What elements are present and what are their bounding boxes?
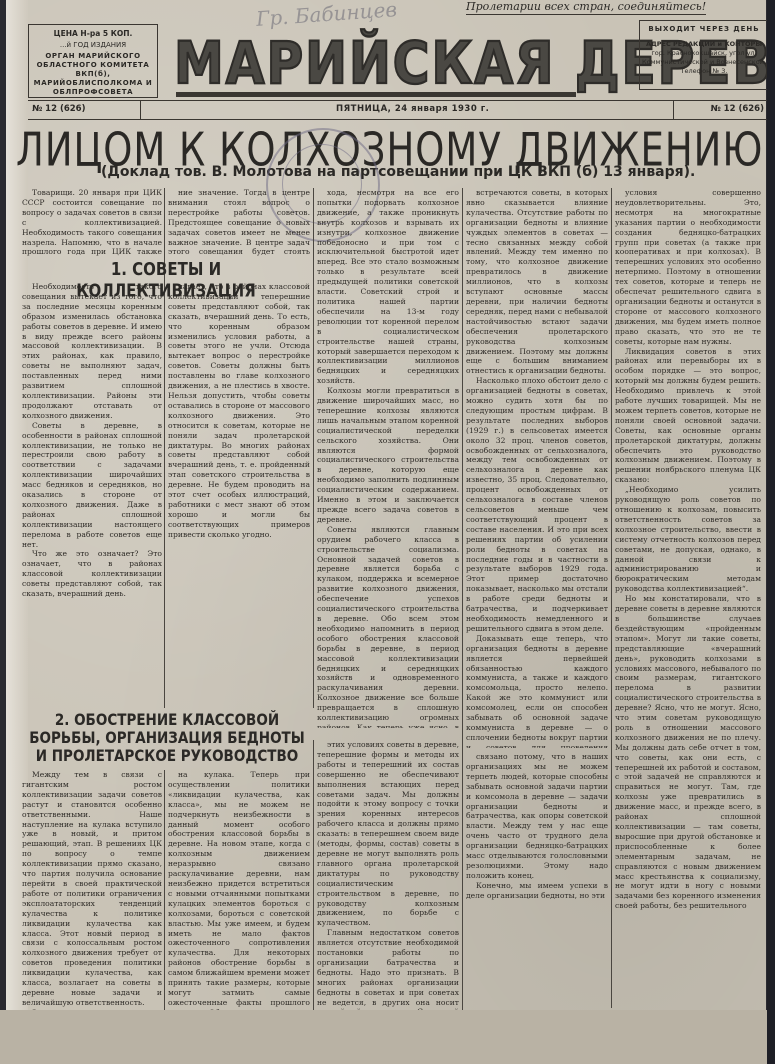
paragraph: этих условиях советы в деревне, теперешн… (317, 740, 459, 928)
paragraph: Но мы констатировали, что в деревне сове… (615, 594, 761, 911)
paragraph: Советы являются главным орудием рабочего… (317, 525, 459, 728)
article-column-1-intro: Товарищи. 20 января при ЦИК СССР состоит… (22, 188, 162, 256)
section-2-column-4: связано потому, что в наших организациях… (466, 752, 608, 1010)
column-rule (313, 188, 314, 708)
article-column-5: условия совершенно неудовлетворительны. … (615, 188, 761, 1008)
paragraph: условия совершенно неудовлетворительны. … (615, 188, 761, 347)
phone-text: Телефон № 3. (640, 67, 768, 76)
article-column-3: хода, несмотря на все его попытки подорв… (317, 188, 459, 728)
scan-edge-shadow (767, 0, 775, 1064)
issue-date: ПЯТНИЦА, 24 января 1930 г. (336, 104, 489, 114)
column-rule (164, 770, 165, 1010)
paragraph: лагает, что в районах классовой коллекти… (168, 282, 310, 540)
paragraph: Между тем в связи с гигантским ростом ко… (22, 770, 162, 1008)
paragraph: „Необходимо усилить руководящую роль сов… (615, 485, 761, 594)
title-underline-rule (176, 92, 576, 97)
article-column-2: лагает, что в районах классовой коллекти… (168, 282, 310, 700)
column-rule (462, 188, 463, 1038)
address-text: гор. Краснококшайск, угол ул. Коммунисти… (640, 49, 768, 67)
paragraph: Товарищи. 20 января при ЦИК СССР состоит… (22, 188, 162, 256)
issue-number-left: № 12 (626) (32, 104, 86, 114)
paragraph: ние значение. Тогда в центре внимания ст… (168, 188, 310, 256)
article-column-1: Необходимость такого совещания вытекает … (22, 282, 162, 700)
paragraph: связано потому, что в наших организациях… (466, 752, 608, 881)
paragraph: хода, несмотря на все его попытки подорв… (317, 188, 459, 386)
paragraph: встречаются советы, в которых явно сказы… (466, 188, 608, 376)
dateline-bar: № 12 (626) ПЯТНИЦА, 24 января 1930 г. № … (28, 100, 770, 120)
address-heading: АДРЕС РЕДАКЦИИ и КОНТОРЫ (640, 40, 768, 49)
section-2-column-1: Между тем в связи с гигантским ростом ко… (22, 770, 162, 1010)
column-rule (313, 740, 314, 1010)
slogan: Пролетарии всех стран, соединяйтесь! (466, 0, 706, 15)
article-subheadline: (Доклад тов. В. Молотова на партсовещани… (101, 164, 695, 180)
column-rule (611, 188, 612, 1008)
issue-number-right: № 12 (626) (711, 104, 765, 114)
paragraph: Необходимость такого совещания вытекает … (22, 282, 162, 421)
section-2-column-3: этих условиях советы в деревне, теперешн… (317, 740, 459, 1010)
publisher-label: ОРГАН МАРИЙСКОГО ОБЛАСТНОГО КОМИТЕТА ВКП… (29, 52, 157, 97)
masthead-info-box-left: ЦЕНА Н-ра 5 КОП. ...й ГОД ИЗДАНИЯ ОРГАН … (28, 24, 158, 98)
dateline-divider (140, 101, 141, 119)
paragraph: Главным недостатком советов является отс… (317, 928, 459, 1010)
paragraph: Доказывать еще теперь, что организация б… (466, 634, 608, 748)
paragraph: Колхозы могли превратиться в движение ши… (317, 386, 459, 525)
section-2-heading: 2. ОБОСТРЕНИЕ КЛАССОВОЙ БОРЬБЫ, ОРГАНИЗА… (22, 712, 312, 766)
article-column-4: встречаются советы, в которых явно сказы… (466, 188, 608, 748)
paragraph: Ликвидация советов в этих районах или пе… (615, 347, 761, 486)
newspaper-page: ЦЕНА Н-ра 5 КОП. ...й ГОД ИЗДАНИЯ ОРГАН … (6, 0, 766, 1040)
dateline-divider (673, 101, 674, 119)
paragraph: Что же это означает? Это означает, что в… (22, 549, 162, 599)
section-2-column-2: на кулака. Теперь при осуществлении поли… (168, 770, 310, 1010)
paragraph: на кулака. Теперь при осуществлении поли… (168, 770, 310, 1010)
paragraph: Советы в деревне, в особенности в района… (22, 421, 162, 550)
scan-background (0, 1010, 775, 1064)
handwritten-annotation: Гр. Бабинцев (255, 0, 397, 31)
paragraph: Конечно, мы имеем успехи в деле организа… (466, 881, 608, 901)
article-column-2-intro: ние значение. Тогда в центре внимания ст… (168, 188, 310, 256)
newspaper-title: МАРИЙСКАЯ ДЕРЕВНЯ (174, 28, 574, 99)
frequency-label: ВЫХОДИТ ЧЕРЕЗ ДЕНЬ (640, 25, 768, 34)
year-label: ...й ГОД ИЗДАНИЯ (29, 41, 157, 50)
paragraph: Насколько плохо обстоит дело с организац… (466, 376, 608, 634)
masthead-info-box-right: ВЫХОДИТ ЧЕРЕЗ ДЕНЬ АДРЕС РЕДАКЦИИ и КОНТ… (639, 20, 769, 90)
price-label: ЦЕНА Н-ра 5 КОП. (29, 29, 157, 38)
